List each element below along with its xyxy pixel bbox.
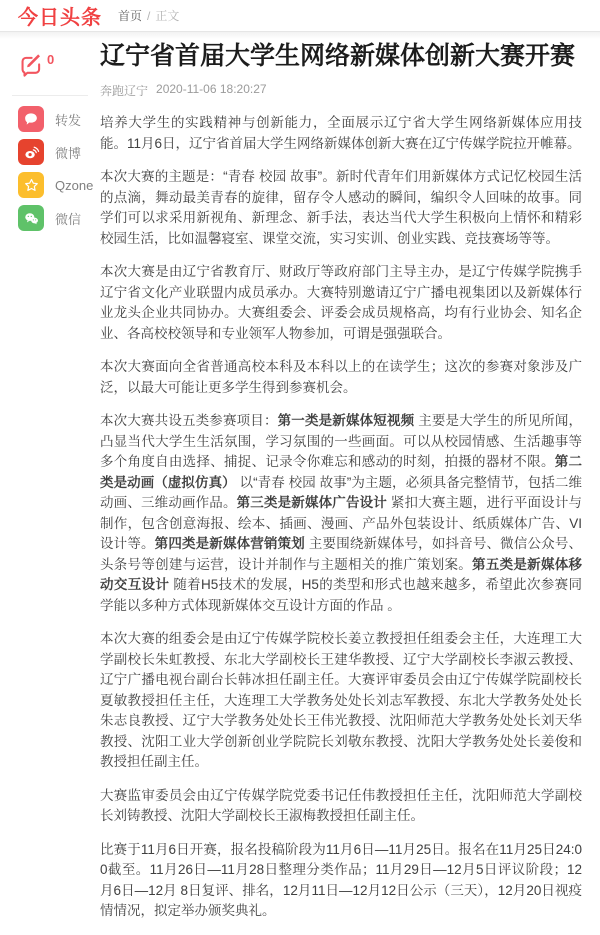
comment-button[interactable]: 0: [18, 52, 96, 83]
wechat-icon: [18, 205, 44, 231]
chat-bubble-icon: [18, 106, 44, 132]
article-paragraph: 本次大赛是由辽宁省教育厅、财政厅等政府部门主导主办，是辽宁传媒学院携手辽宁省文化…: [100, 262, 582, 344]
share-rail: 0 转发 微博 Qzone: [18, 52, 96, 238]
share-label-wechat: 微信: [55, 209, 81, 228]
article-source: 奔跑辽宁: [100, 82, 148, 99]
breadcrumb-separator: /: [147, 9, 150, 23]
rail-divider: [12, 95, 88, 96]
article-paragraph: 培养大学生的实践精神与创新能力，全面展示辽宁省大学生网络新媒体应用技能。11月6…: [100, 113, 582, 154]
article: 辽宁省首届大学生网络新媒体创新大赛开赛 奔跑辽宁 2020-11-06 18:2…: [100, 40, 582, 773]
write-comment-icon: [18, 52, 44, 83]
share-label-weibo: 微博: [55, 143, 81, 162]
breadcrumb-home-link[interactable]: 首页: [118, 7, 142, 24]
weibo-icon: [18, 139, 44, 165]
article-meta: 奔跑辽宁 2020-11-06 18:20:27: [100, 82, 582, 99]
share-label-forward: 转发: [55, 110, 81, 129]
article-paragraph: 本次大赛的主题是：“青春 校园 故事”。新时代青年们用新媒体方式记忆校园生活的点…: [100, 167, 582, 249]
share-button-qzone[interactable]: Qzone: [18, 172, 96, 198]
share-button-forward[interactable]: 转发: [18, 106, 96, 132]
top-header: 今日头条 首页 / 正文: [0, 0, 600, 32]
breadcrumb: 首页 / 正文: [118, 7, 179, 24]
header-shadow: [0, 32, 600, 39]
article-paragraph: 本次大赛的组委会是由辽宁传媒学院校长姜立教授担任组委会主任，大连理工大学副校长朱…: [100, 629, 582, 773]
toutiao-logo[interactable]: 今日头条: [18, 1, 102, 30]
star-icon: [18, 172, 44, 198]
share-label-qzone: Qzone: [55, 178, 93, 193]
article-datetime: 2020-11-06 18:20:27: [156, 82, 267, 99]
article-body: 培养大学生的实践精神与创新能力，全面展示辽宁省大学生网络新媒体应用技能。11月6…: [100, 113, 582, 773]
breadcrumb-current: 正文: [155, 7, 179, 24]
article-paragraph: 本次大赛面向全省普通高校本科及本科以上的在读学生；这次的参赛对象涉及广泛，以最大…: [100, 357, 582, 398]
share-button-wechat[interactable]: 微信: [18, 205, 96, 231]
share-button-weibo[interactable]: 微博: [18, 139, 96, 165]
article-paragraph: 本次大赛共设五类参赛项目：第一类是新媒体短视频 主要是大学生的所见所闻，凸显当代…: [100, 411, 582, 616]
article-title: 辽宁省首届大学生网络新媒体创新大赛开赛: [100, 40, 582, 73]
comment-count-badge: 0: [47, 53, 54, 66]
